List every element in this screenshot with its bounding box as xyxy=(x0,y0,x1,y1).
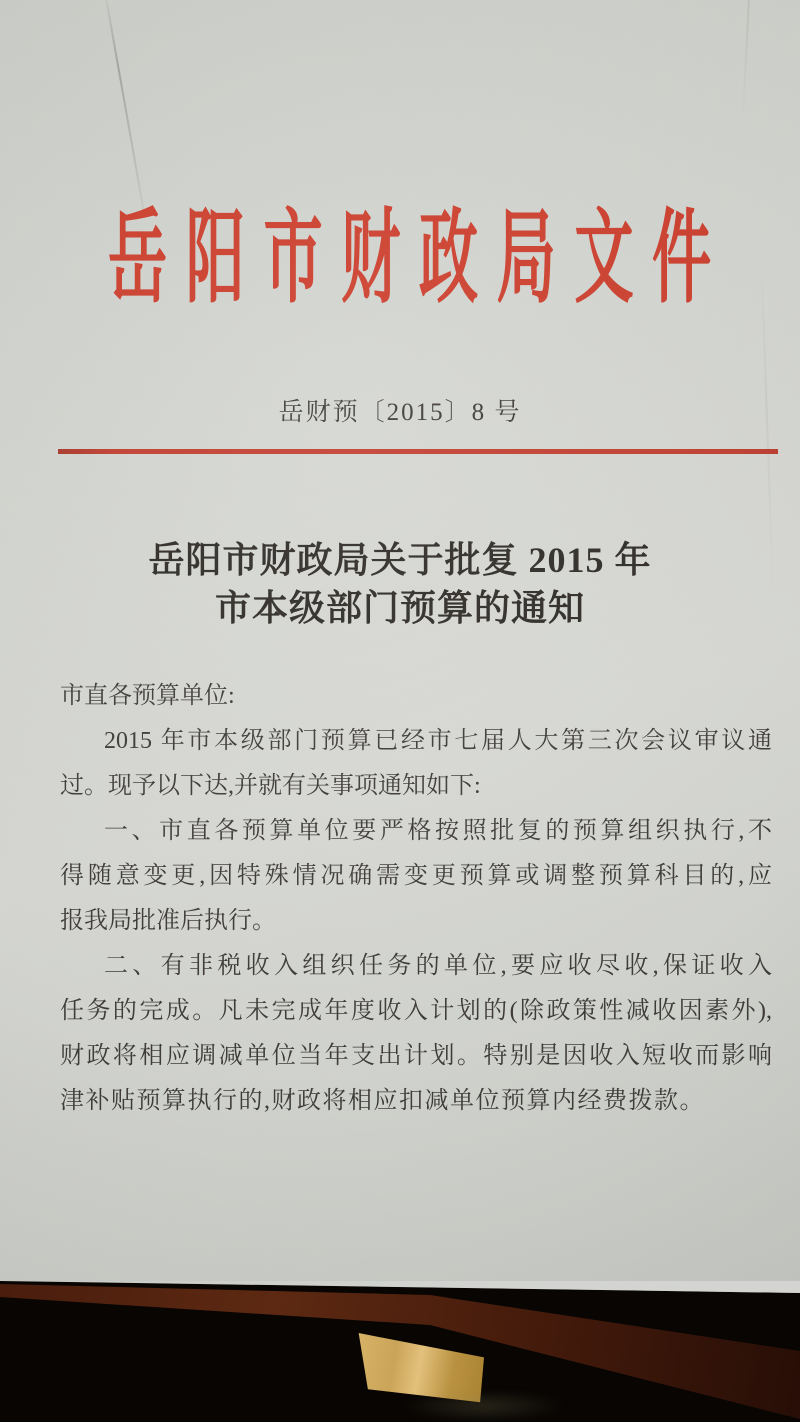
desk-reflection-glow xyxy=(398,1390,568,1422)
red-divider-rule xyxy=(58,449,778,454)
paper-crease xyxy=(103,0,145,213)
document-title: 岳阳市财政局关于批复 2015 年 市本级部门预算的通知 xyxy=(0,536,800,632)
letterhead-agency-title: 岳阳市财政局文件 xyxy=(108,210,730,310)
paper-crease xyxy=(742,0,750,120)
body-line: 二、有非税收入组织任务的单位,要应收尽收,保证收入 xyxy=(60,944,772,989)
body-line-salutation: 市直各预算单位: xyxy=(60,674,772,719)
body-line: 财政将相应调减单位当年支出计划。特别是因收入短收而影响 xyxy=(60,1034,772,1079)
body-line: 过。现予以下达,并就有关事项通知如下: xyxy=(60,764,772,809)
body-line: 得随意变更,因特殊情况确需变更预算或调整预算科目的,应 xyxy=(60,854,772,899)
body-line: 报我局批准后执行。 xyxy=(60,899,772,944)
paper-sheet: 岳阳市财政局文件 岳财预〔2015〕8 号 岳阳市财政局关于批复 2015 年 … xyxy=(0,0,800,1294)
document-title-line1: 岳阳市财政局关于批复 2015 年 xyxy=(0,536,800,584)
document-number: 岳财预〔2015〕8 号 xyxy=(0,394,800,432)
body-line: 一、市直各预算单位要严格按照批复的预算组织执行,不 xyxy=(60,809,772,854)
body-line: 2015 年市本级部门预算已经市七届人大第三次会议审议通 xyxy=(60,719,772,764)
body-line: 任务的完成。凡未完成年度收入计划的(除政策性减收因素外), xyxy=(60,989,772,1034)
photo-scene: 岳阳市财政局文件 岳财预〔2015〕8 号 岳阳市财政局关于批复 2015 年 … xyxy=(0,0,800,1422)
document-body: 市直各预算单位: 2015 年市本级部门预算已经市七届人大第三次会议审议通 过。… xyxy=(60,674,772,1124)
document-title-line2: 市本级部门预算的通知 xyxy=(0,584,800,632)
body-line: 津补贴预算执行的,财政将相应扣减单位预算内经费拨款。 xyxy=(60,1079,772,1124)
